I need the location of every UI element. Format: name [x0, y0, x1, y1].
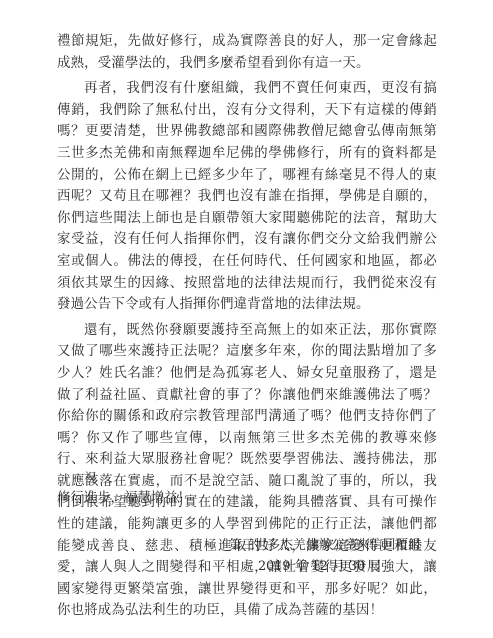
paragraph-no-organization: 再者，我們沒有什麼組織，我們不賣任何東西，更沒有搞傳銷，我們除了無私付出，沒有分…: [57, 78, 437, 316]
closing-block: 祝 修行進步，福慧增益！: [57, 467, 191, 509]
signature-block: 第三世多杰羌佛辦公室來信回覆組 2019 年 12 月 30 日: [229, 535, 421, 577]
closing-blessing: 修行進步，福慧增益！: [57, 488, 191, 509]
letter-body: 禮節規矩，先做好修行，成為實際善良的好人，那一定會緣起成熟，受灌學法的，我們多麼…: [57, 31, 437, 622]
closing-wish: 祝: [57, 467, 191, 488]
signature-sender: 第三世多杰羌佛辦公室來信回覆組: [229, 535, 421, 556]
paragraph-continuation: 禮節規矩，先做好修行，成為實際善良的好人，那一定會緣起成熟，受灌學法的，我們多麼…: [57, 31, 437, 74]
signature-date: 2019 年 12 月 30 日: [229, 556, 421, 577]
